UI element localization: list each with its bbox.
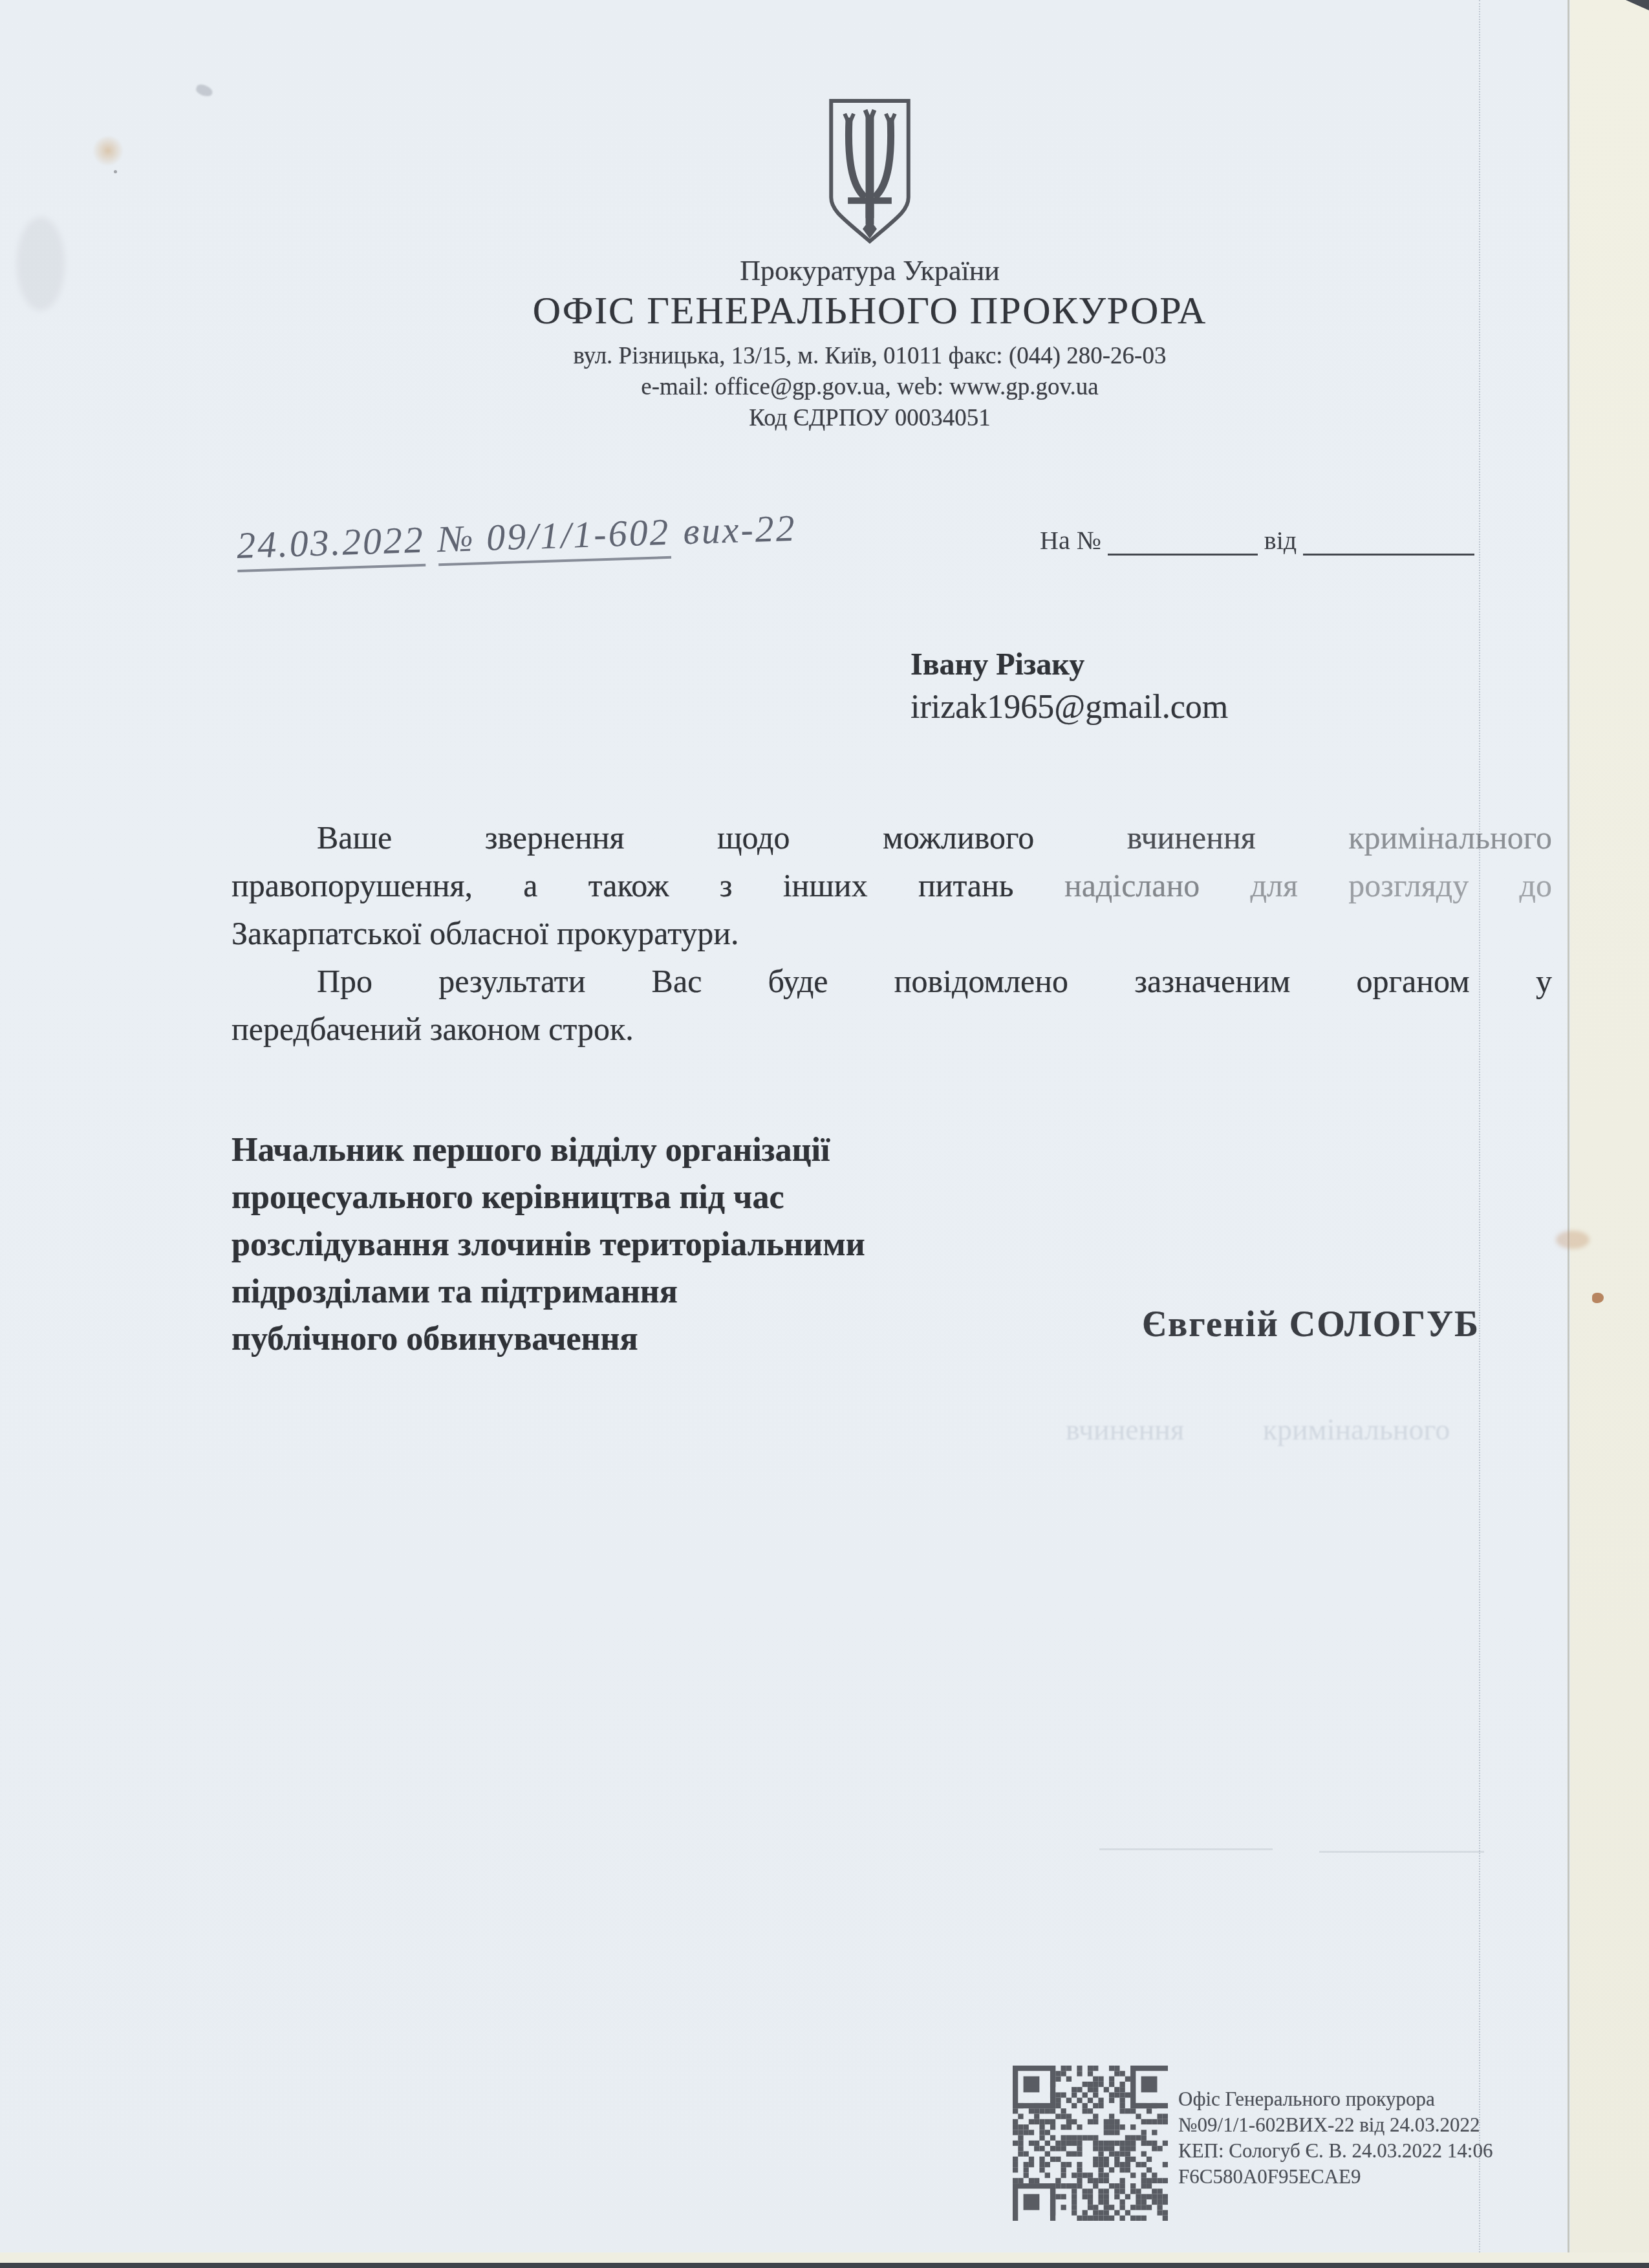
body-word: питань	[918, 861, 1014, 909]
body-word: щодо	[717, 814, 790, 861]
paper-smudge-brown	[1556, 1231, 1590, 1249]
signer-title-line: публічного обвинувачення	[232, 1315, 995, 1363]
recipient-email: irizak1965@gmail.com	[911, 687, 1228, 728]
scanner-corner-shadow	[1626, 0, 1649, 10]
scanned-letter-page: Прокуратура України ОФІС ГЕНЕРАЛЬНОГО ПР…	[0, 0, 1649, 2268]
reply-label-vid: від	[1264, 526, 1297, 555]
org-contacts: e-mail: office@gp.gov.ua, web: www.gp.go…	[91, 372, 1649, 403]
qr-caption: Офіс Генерального прокурора №09/1/1-602В…	[1178, 2086, 1493, 2190]
handwritten-outgoing-number: 24.03.2022№ 09/1/1-602вих-22	[236, 506, 810, 572]
body-word: надіслано	[1064, 861, 1200, 909]
signer-title-line: підрозділами та підтримання	[232, 1268, 995, 1315]
signer-title-line: Начальник першого відділу організації	[232, 1127, 995, 1174]
body-word: правопорушення,	[232, 861, 473, 909]
signer-title-line: розслідування злочинів територіальними	[232, 1221, 995, 1268]
ukraine-trident-emblem-icon	[824, 96, 915, 247]
signer-title-line: процесуального керівництва під час	[232, 1174, 995, 1221]
org-small-title: Прокуратура України	[91, 254, 1649, 288]
reply-number-blank	[1108, 526, 1258, 556]
recipient-block: Івану Різаку irizak1965@gmail.com	[911, 643, 1228, 728]
body-word: для	[1251, 861, 1298, 909]
bleed-through-text: вчинення кримінального	[1066, 1412, 1531, 1447]
handwritten-date: 24.03.2022	[236, 518, 426, 572]
body-word: органом	[1357, 957, 1470, 1005]
body-line: правопорушення,атакожзіншихпитаньнадісла…	[232, 861, 1552, 909]
body-line: ПрорезультатиВасбудеповідомленозазначени…	[232, 957, 1552, 1005]
reply-label-na: На №	[1040, 526, 1101, 555]
body-word: Про	[317, 957, 372, 1005]
body-line: передбачений законом строк.	[232, 1005, 1552, 1053]
qr-caption-line: КЕП: Сологуб Є. В. 24.03.2022 14:06	[1178, 2138, 1493, 2164]
body-word: розгляду	[1348, 861, 1469, 909]
reply-reference-row: На №від	[1040, 525, 1481, 556]
body-word: Вас	[652, 957, 702, 1005]
body-word: результати	[438, 957, 585, 1005]
body-word: можливого	[883, 814, 1034, 861]
body-word: з	[720, 861, 733, 909]
body-word: Ваше	[317, 814, 392, 861]
recipient-name: Івану Різаку	[911, 643, 1228, 687]
org-edrpou: Код ЄДРПОУ 00034051	[91, 403, 1649, 434]
body-word: інших	[783, 861, 868, 909]
bleed-through-dash	[1099, 1848, 1273, 1850]
signer-title-block: Начальник першого відділу організації пр…	[232, 1127, 995, 1363]
body-word: кримінального	[1348, 814, 1552, 861]
org-name-title: ОФІС ГЕНЕРАЛЬНОГО ПРОКУРОРА	[91, 289, 1649, 332]
handwritten-suffix: вих-22	[682, 506, 797, 556]
body-text: Вашезверненнящодоможливоговчиненнякримін…	[232, 814, 1552, 1053]
body-word: повідомлено	[894, 957, 1068, 1005]
body-word: буде	[768, 957, 828, 1005]
body-word: зазначеним	[1134, 957, 1290, 1005]
handwritten-number: № 09/1/1-602	[437, 510, 671, 566]
paper-smudge	[17, 217, 65, 310]
org-address: вул. Різницька, 13/15, м. Київ, 01011 фа…	[91, 341, 1649, 372]
body-word: вчинення	[1127, 814, 1256, 861]
signer-name: Євгеній СОЛОГУБ	[1142, 1304, 1480, 1345]
body-word: а	[523, 861, 537, 909]
qr-caption-line: №09/1/1-602ВИХ-22 від 24.03.2022	[1178, 2112, 1493, 2138]
qr-code-icon	[1013, 2066, 1168, 2221]
reply-date-blank	[1303, 526, 1474, 556]
qr-caption-line: Офіс Генерального прокурора	[1178, 2086, 1493, 2112]
letterhead: Прокуратура України ОФІС ГЕНЕРАЛЬНОГО ПР…	[91, 96, 1649, 434]
qr-caption-line: F6C580A0F95ECAE9	[1178, 2164, 1493, 2190]
body-word: у	[1536, 957, 1552, 1005]
body-line: Закарпатської обласної прокуратури.	[232, 909, 1552, 957]
body-line: Вашезверненнящодоможливоговчиненнякримін…	[232, 814, 1552, 861]
scan-bottom-shadow	[0, 2263, 1649, 2268]
body-word: до	[1520, 861, 1552, 909]
body-word: звернення	[485, 814, 625, 861]
body-word: також	[588, 861, 669, 909]
bleed-through-dash	[1319, 1851, 1484, 1853]
